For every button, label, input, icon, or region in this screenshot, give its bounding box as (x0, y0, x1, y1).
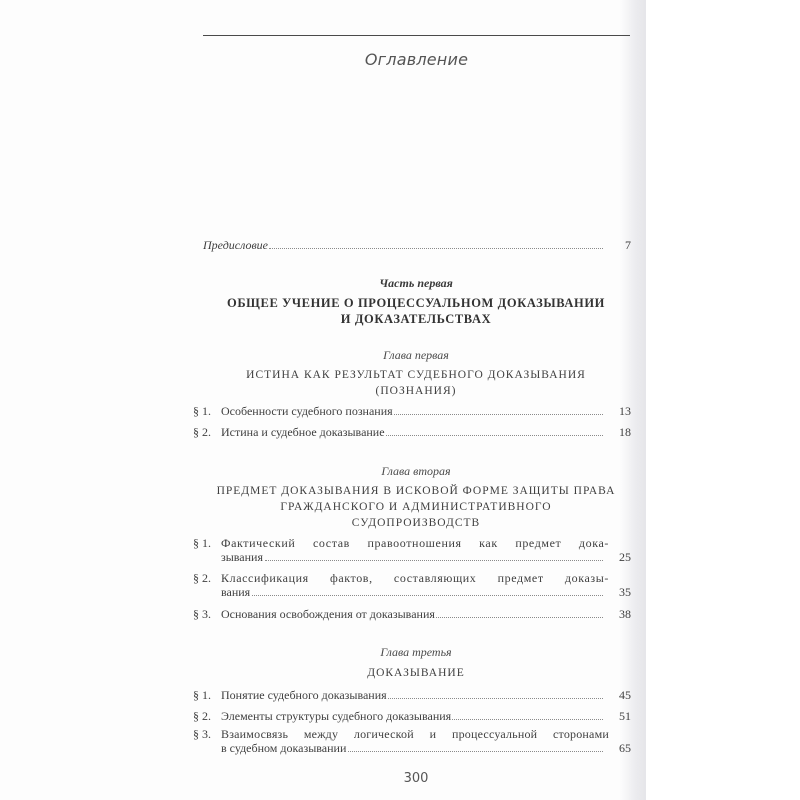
leader-dots (252, 595, 603, 596)
toc-entry-page: 45 (609, 688, 631, 703)
section-number: § 2. (193, 709, 221, 724)
chapter-2-heading-line-1: ПРЕДМЕТ ДОКАЗЫВАНИЯ В ИСКОВОЙ ФОРМЕ ЗАЩИ… (196, 484, 636, 499)
toc-entry-ch3-s2[interactable]: § 2. Элементы структуры судебного доказы… (193, 709, 631, 724)
toc-entry-ch1-s1[interactable]: § 1. Особенности судебного познания 13 (193, 404, 631, 419)
toc-entry-title: Основания освобождения от доказывания (221, 607, 435, 622)
toc-entry-preface[interactable]: Предисловие 7 (203, 238, 631, 253)
section-number: § 1. (193, 688, 221, 703)
section-number: § 1. (193, 536, 221, 550)
chapter-3-heading-line-1: ДОКАЗЫВАНИЕ (196, 666, 636, 681)
toc-entry-title-line-2: в судебном доказывании (221, 741, 346, 755)
section-number: § 2. (193, 571, 221, 585)
toc-entry-title: Особенности судебного познания (221, 404, 393, 419)
chapter-2-heading-line-2: ГРАЖДАНСКОГО И АДМИНИСТРАТИВНОГО (196, 500, 636, 515)
toc-entry-title: Понятие судебного доказывания (221, 688, 387, 703)
toc-entry-title-line-1: Взаимосвязь между логической и процессуа… (221, 727, 631, 741)
chapter-1-heading-line-1: ИСТИНА КАК РЕЗУЛЬТАТ СУДЕБНОГО ДОКАЗЫВАН… (196, 368, 636, 383)
section-number: § 1. (193, 404, 221, 419)
chapter-3-label: Глава третья (196, 645, 636, 660)
leader-dots (348, 751, 603, 752)
toc-entry-title-line-1: Классификация фактов, составляющих предм… (221, 571, 631, 585)
toc-entry-title-line-2: вания (221, 585, 250, 599)
page-number: 300 (196, 771, 636, 786)
toc-entry-title: Предисловие (203, 238, 268, 253)
part-heading-line-2: И ДОКАЗАТЕЛЬСТВАХ (196, 311, 636, 327)
toc-entry-page: 13 (609, 404, 631, 419)
toc-entry-page: 65 (609, 741, 631, 755)
toc-entry-page: 35 (609, 585, 631, 599)
chapter-2-heading-line-3: СУДОПРОИЗВОДСТВ (196, 516, 636, 531)
toc-entry-title-line-2: зывания (221, 550, 263, 564)
toc-entry-ch2-s2[interactable]: § 2. Классификация фактов, составляющих … (193, 571, 631, 599)
toc-entry-title: Истина и судебное доказывание (221, 425, 385, 440)
toc-entry-ch3-s1[interactable]: § 1. Понятие судебного доказывания 45 (193, 688, 631, 703)
part-heading-line-1: ОБЩЕЕ УЧЕНИЕ О ПРОЦЕССУАЛЬНОМ ДОКАЗЫВАНИ… (196, 295, 636, 311)
toc-entry-ch1-s2[interactable]: § 2. Истина и судебное доказывание 18 (193, 425, 631, 440)
leader-dots (436, 617, 603, 618)
section-number: § 3. (193, 727, 221, 741)
leader-dots (452, 719, 603, 720)
toc-entry-page: 51 (609, 709, 631, 724)
leader-dots (386, 435, 603, 436)
toc-entry-page: 7 (609, 238, 631, 253)
leader-dots (394, 414, 603, 415)
part-label: Часть первая (196, 276, 636, 291)
leader-dots (269, 248, 603, 249)
toc-entry-title: Элементы структуры судебного доказывания (221, 709, 451, 724)
chapter-2-label: Глава вторая (196, 464, 636, 479)
toc-entry-page: 18 (609, 425, 631, 440)
chapter-1-label: Глава первая (196, 348, 636, 363)
toc-entry-ch3-s3[interactable]: § 3. Взаимосвязь между логической и проц… (193, 727, 631, 755)
book-page: Оглавление Предисловие 7 Часть первая ОБ… (0, 0, 645, 800)
background-margin (646, 0, 800, 800)
chapter-1-heading-line-2: (ПОЗНАНИЯ) (196, 384, 636, 399)
section-number: § 2. (193, 425, 221, 440)
toc-entry-page: 25 (609, 550, 631, 564)
section-number: § 3. (193, 607, 221, 622)
toc-entry-title-line-1: Фактический состав правоотношения как пр… (221, 536, 631, 550)
leader-dots (388, 698, 603, 699)
toc-entry-ch2-s3[interactable]: § 3. Основания освобождения от доказыван… (193, 607, 631, 622)
toc-entry-ch2-s1[interactable]: § 1. Фактический состав правоотношения к… (193, 536, 631, 564)
header-rule (203, 35, 630, 36)
page-title: Оглавление (203, 50, 630, 69)
leader-dots (265, 560, 603, 561)
toc-entry-page: 38 (609, 607, 631, 622)
